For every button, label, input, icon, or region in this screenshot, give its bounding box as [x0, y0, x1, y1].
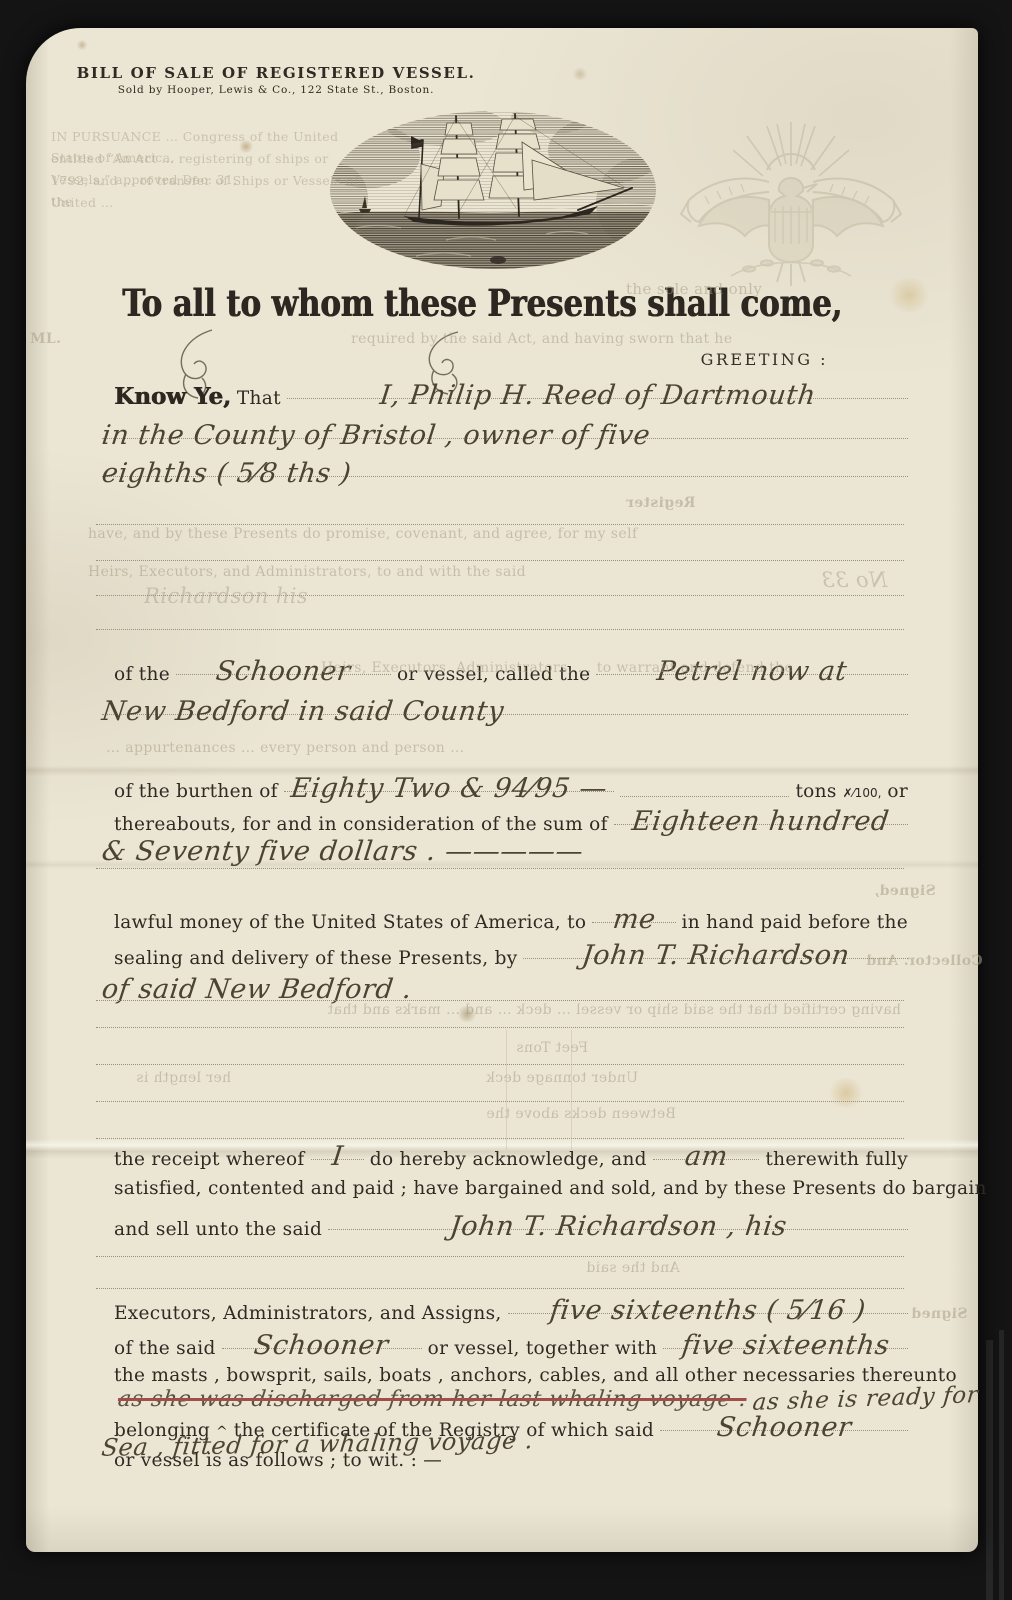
- ship-engraving-svg: [326, 108, 660, 272]
- handwritten-payer-name: John T. Richardson: [580, 940, 852, 971]
- handwritten-vessel-type: Schooner: [214, 656, 352, 687]
- handwritten-owner-county: in the County of Bristol , owner of five: [100, 420, 652, 451]
- ghost-table-rule: [571, 1030, 572, 1150]
- text-row: the masts , bowsprit, sails, boats , anc…: [114, 1365, 908, 1386]
- blank-dotted-line: [96, 595, 904, 596]
- blank-dotted-line: [96, 629, 904, 630]
- ghost-text-mirrored: Feet Tons: [516, 1040, 588, 1056]
- ghost-text-mirrored: her length is: [136, 1070, 231, 1086]
- ghost-handwriting: Richardson his: [144, 584, 308, 608]
- printed-text: the masts , bowsprit, sails, boats , anc…: [114, 1365, 957, 1386]
- handwritten-insert-1: as she is ready for: [751, 1382, 979, 1416]
- text-row: the receipt whereof I do hereby acknowle…: [114, 1141, 908, 1170]
- printed-text: or vessel, called the: [397, 664, 590, 685]
- text-row: satisfied, contented and paid ; have bar…: [114, 1178, 908, 1199]
- know-ye-label: Know Ye,: [114, 383, 231, 410]
- handwritten-struck-clause: as she was discharged from her last whal…: [116, 1387, 748, 1412]
- text-row: of the said Schooner or vessel, together…: [114, 1330, 908, 1359]
- blank-dotted-line: [96, 524, 904, 525]
- printed-text: lawful money of the United States of Ame…: [114, 912, 586, 933]
- text-row: of the Schooner or vessel, called the Pe…: [114, 656, 908, 685]
- document-page: BILL OF SALE OF REGISTERED VESSEL. Sold …: [26, 28, 978, 1552]
- handwritten-vessel-location: New Bedford in said County: [100, 696, 506, 727]
- printed-text: That: [237, 388, 281, 409]
- printed-text: or vessel is as follows ; to wit. : —: [114, 1450, 442, 1471]
- text-row: Know Ye, That I, Philip H. Reed of Dartm…: [114, 380, 908, 410]
- tons-fraction: ✗⁄100,: [843, 786, 882, 800]
- blank-dotted-line: [96, 1064, 904, 1065]
- handwritten-am: am: [683, 1141, 730, 1172]
- eagle-svg: [671, 108, 911, 303]
- blank-dotted-line: [96, 868, 904, 869]
- printed-text: or vessel, together with: [428, 1338, 658, 1359]
- text-row: & Seventy five dollars . —————: [102, 836, 908, 867]
- text-row: in the County of Bristol , owner of five: [102, 420, 908, 439]
- text-row: and sell unto the said John T. Richardso…: [114, 1211, 908, 1240]
- document-heading: To all to whom these Presents shall come…: [66, 282, 898, 326]
- blank-dotted-line: [96, 1288, 904, 1289]
- text-row: or vessel is as follows ; to wit. : —: [114, 1450, 908, 1471]
- printed-text: the receipt whereof: [114, 1149, 305, 1170]
- ghost-text: … appurtenances … every person and perso…: [106, 740, 464, 756]
- handwritten-i: I: [330, 1141, 345, 1172]
- blank-dotted-line: [96, 1027, 904, 1028]
- handwritten-buyer-name: John T. Richardson , his: [448, 1211, 789, 1242]
- printed-text: of the burthen of: [114, 781, 278, 802]
- ghost-table-rule: [506, 1030, 507, 1150]
- form-publisher: Sold by Hooper, Lewis & Co., 122 State S…: [66, 84, 486, 96]
- printed-text: of the: [114, 664, 170, 685]
- letterhead: BILL OF SALE OF REGISTERED VESSEL. Sold …: [66, 64, 486, 96]
- text-row: New Bedford in said County: [102, 696, 908, 715]
- printed-text: of the said: [114, 1338, 216, 1359]
- blank-dotted-line: [96, 560, 904, 561]
- handwritten-owner-share: eighths ( 5⁄8 ths ): [100, 458, 353, 489]
- text-row: lawful money of the United States of Ame…: [114, 904, 908, 933]
- eagle-bleedthrough: [671, 108, 911, 303]
- handwritten-share-sold-2: five sixteenths: [680, 1330, 891, 1361]
- form-title: BILL OF SALE OF REGISTERED VESSEL.: [66, 64, 486, 82]
- backdrop-stripe: [999, 1330, 1004, 1600]
- ghost-text-mirrored: Signed,: [874, 883, 936, 899]
- text-row: eighths ( 5⁄8 ths ): [102, 458, 908, 477]
- ghost-text-mirrored: Register: [626, 495, 695, 511]
- handwritten-vessel-type-2: Schooner: [252, 1330, 390, 1361]
- ghost-text: have, and by these Presents do promise, …: [88, 526, 638, 542]
- stain: [571, 68, 589, 80]
- handwritten-sum-1: Eighteen hundred: [630, 806, 891, 837]
- ghost-text-mirrored: And the said: [586, 1260, 680, 1276]
- backdrop-stripe: [986, 1340, 993, 1600]
- ghost-text: Heirs, Executors, and Administrators, to…: [88, 564, 526, 580]
- ghost-handwriting-mirrored: No 33: [821, 568, 887, 592]
- ghost-text: ML.: [30, 331, 61, 347]
- printed-text: tons: [795, 781, 836, 802]
- ship-engraving: [326, 108, 660, 272]
- printed-text: sealing and delivery of these Presents, …: [114, 948, 517, 969]
- printed-text: therewith fully: [765, 1149, 908, 1170]
- photo-background: { "colors":{"paper":"#ebe6d4","printed_i…: [0, 0, 1012, 1600]
- printed-text: and sell unto the said: [114, 1219, 322, 1240]
- stain: [238, 140, 254, 153]
- handwritten-tonnage: Eighty Two & 94⁄95 —: [289, 773, 609, 804]
- text-row: thereabouts, for and in consideration of…: [114, 806, 908, 835]
- text-row: Executors, Administrators, and Assigns, …: [114, 1295, 908, 1324]
- blank-dotted-line: [96, 1256, 904, 1257]
- handwritten-owner-name: I, Philip H. Reed of Dartmouth: [378, 380, 818, 411]
- stain: [76, 40, 88, 50]
- blank-dotted-line: [96, 1000, 904, 1001]
- handwritten-share-sold: five sixteenths ( 5⁄16 ): [548, 1295, 868, 1326]
- printed-text: Executors, Administrators, and Assigns,: [114, 1303, 502, 1324]
- printed-text: satisfied, contented and paid ; have bar…: [114, 1178, 987, 1199]
- handwritten-to-me: me: [611, 904, 658, 935]
- stain: [826, 1078, 866, 1108]
- text-row: sealing and delivery of these Presents, …: [114, 940, 908, 969]
- blank-dotted-line: [96, 1138, 904, 1139]
- printed-text: do hereby acknowledge, and: [370, 1149, 647, 1170]
- greeting-label: GREETING :: [701, 350, 828, 369]
- ghost-text-mirrored: Between decks above the: [486, 1106, 676, 1122]
- handwritten-vessel-name: Petrel now at: [655, 656, 849, 687]
- text-row: as she was discharged from her last whal…: [118, 1386, 978, 1412]
- ghost-text-mirrored: Under tonnage deck: [486, 1070, 638, 1086]
- ghost-text-mirrored: Signed: [911, 1306, 968, 1322]
- printed-text: in hand paid before the: [682, 912, 908, 933]
- printed-text: or: [887, 781, 908, 802]
- stain: [456, 1006, 478, 1022]
- text-row: of the burthen of Eighty Two & 94⁄95 — t…: [114, 773, 908, 802]
- blank-dotted-line: [96, 1101, 904, 1102]
- ghost-text: required by the said Act, and having swo…: [351, 331, 733, 347]
- handwritten-sum-2: & Seventy five dollars . —————: [100, 836, 585, 867]
- printed-text: thereabouts, for and in consideration of…: [114, 814, 608, 835]
